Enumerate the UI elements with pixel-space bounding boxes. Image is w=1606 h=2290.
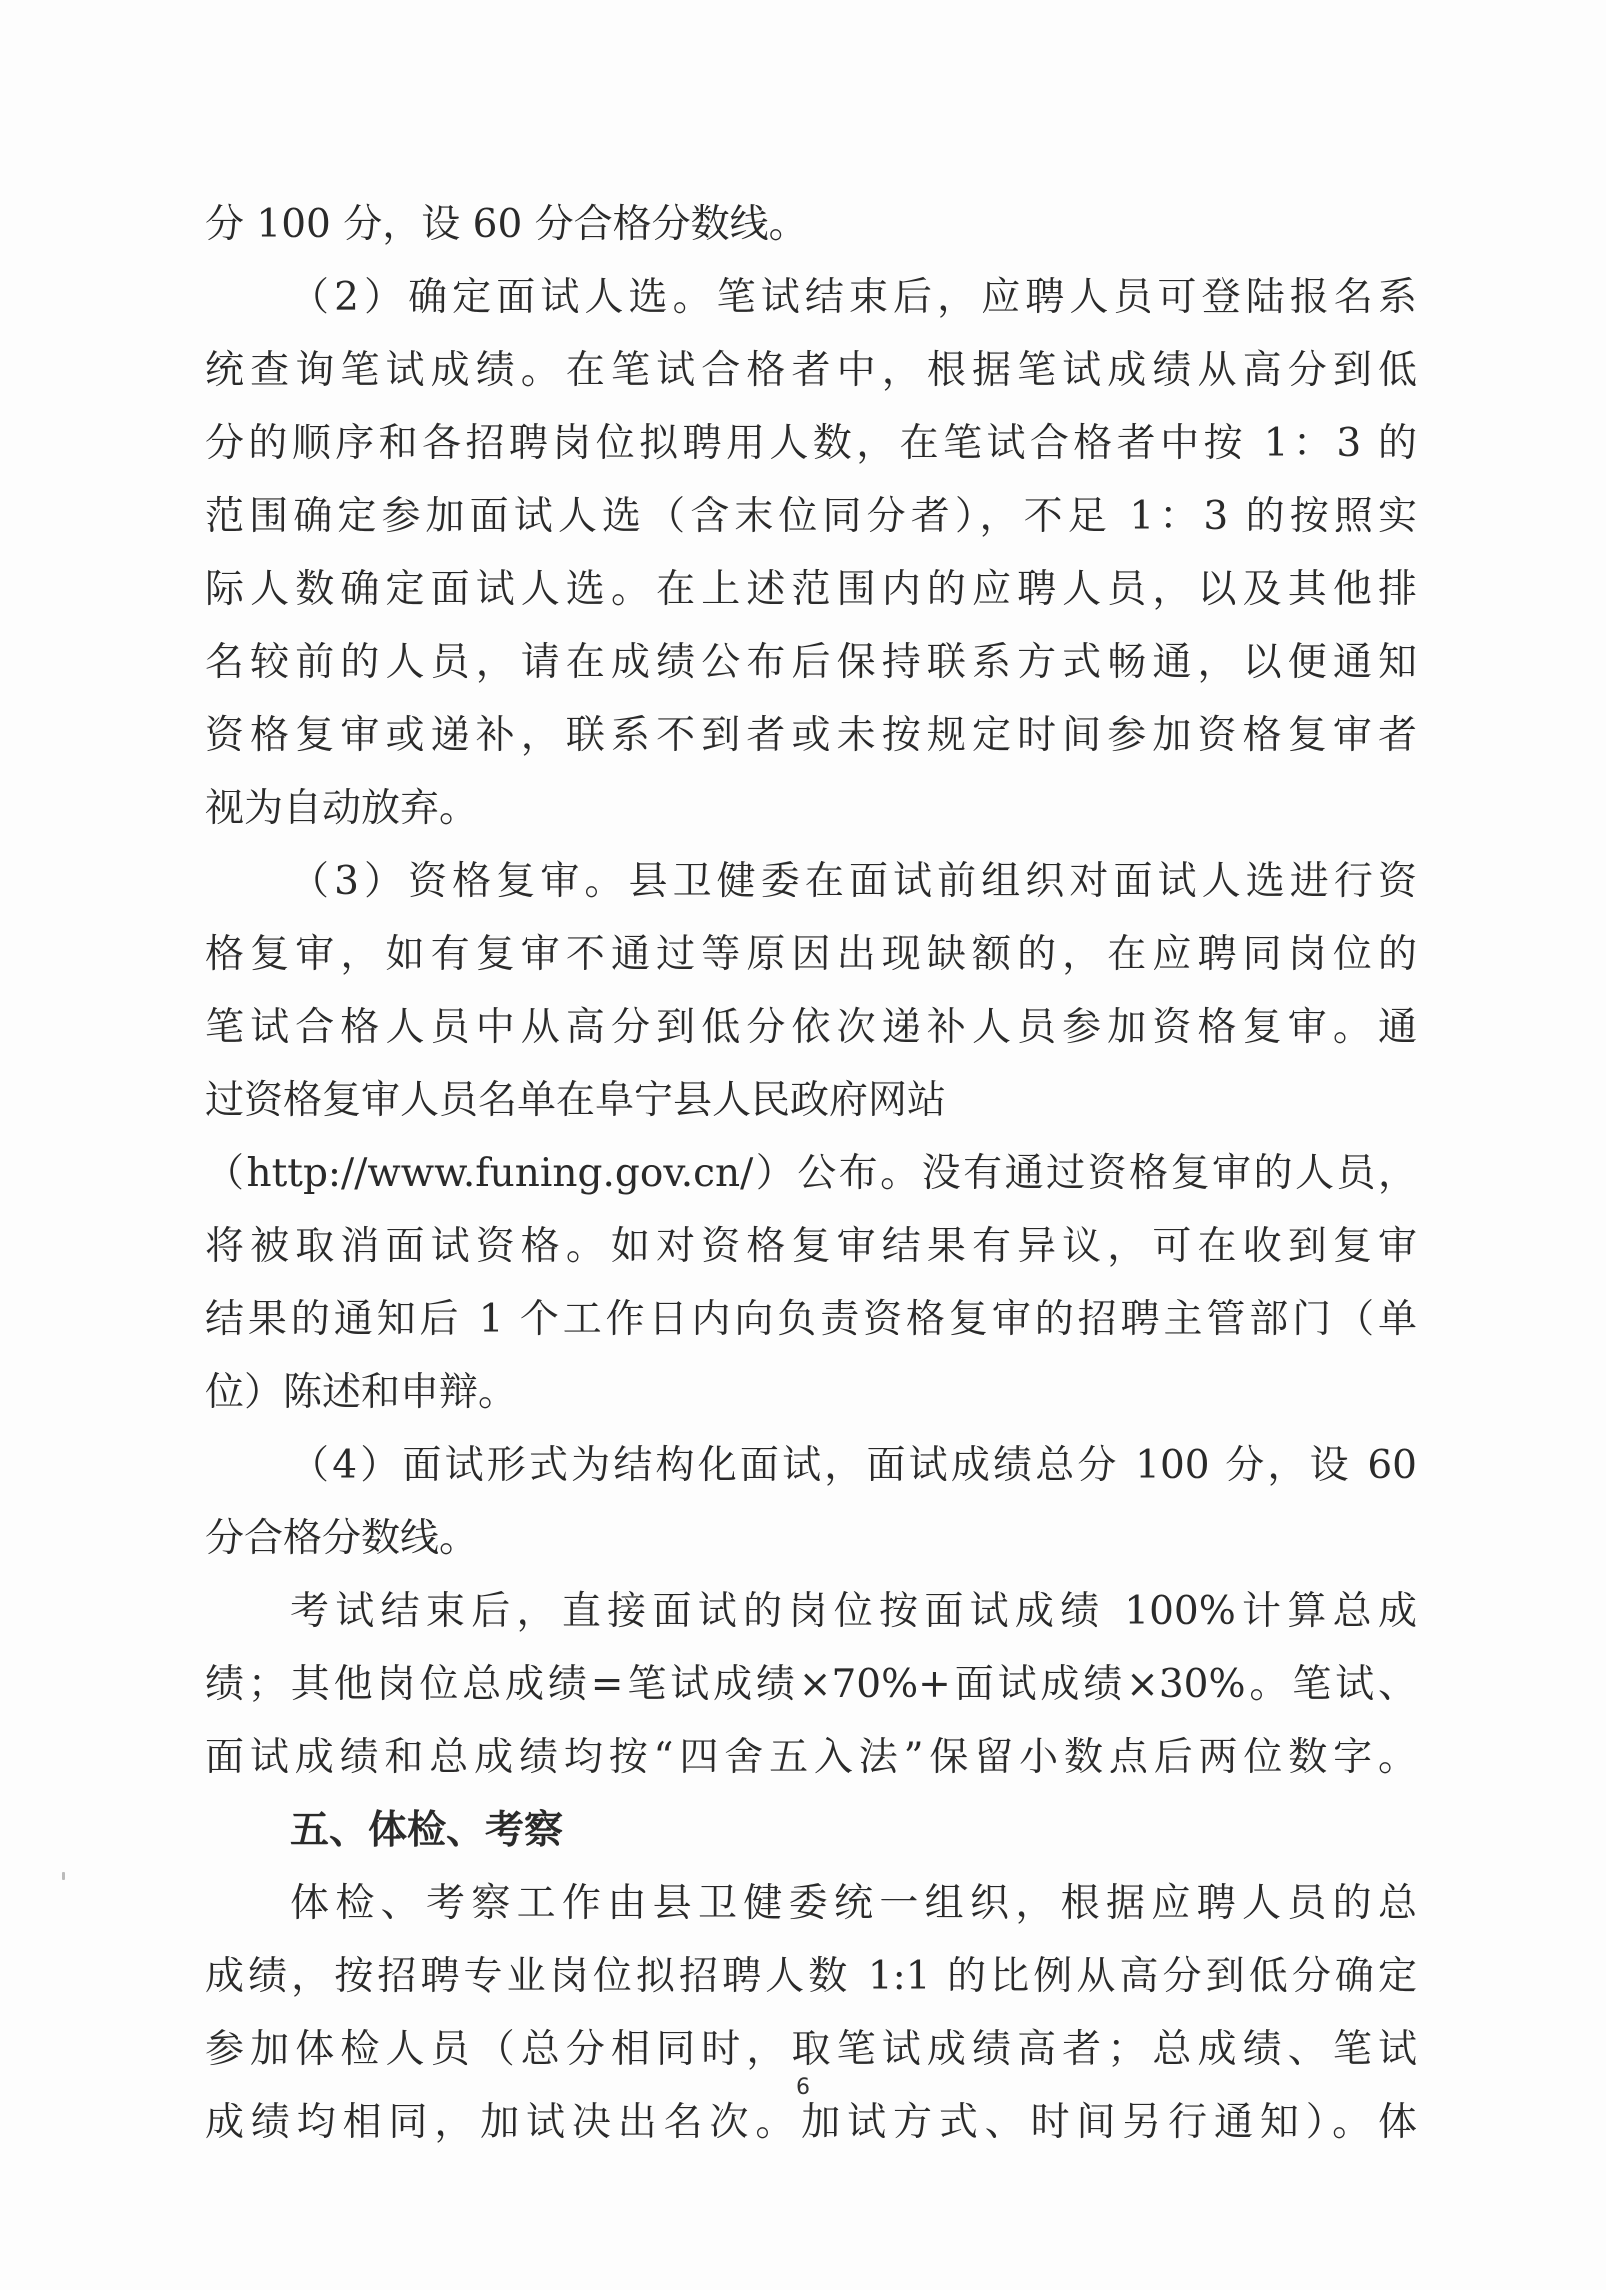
page-number: 6 [0,2075,1606,2100]
text-line: （2）确定面试人选。笔试结束后，应聘人员可登陆报名系 [290,268,1417,328]
text-line: 将被取消面试资格。如对资格复审结果有异议，可在收到复审 [205,1217,1417,1277]
text-line: 名较前的人员，请在成绩公布后保持联系方式畅通，以便通知 [205,633,1417,693]
text-line: （3）资格复审。县卫健委在面试前组织对面试人选进行资 [290,852,1417,912]
text-line: 过资格复审人员名单在阜宁县人民政府网站 [205,1071,1417,1131]
text-line: 资格复审或递补，联系不到者或未按规定时间参加资格复审者 [205,706,1417,766]
section-heading: 五、体检、考察 [290,1801,1417,1861]
text-line: 位）陈述和申辩。 [205,1363,1417,1423]
text-line: 考试结束后，直接面试的岗位按面试成绩 100%计算总成 [290,1582,1417,1642]
text-line: 分的顺序和各招聘岗位拟聘用人数，在笔试合格者中按 1：3 的 [205,414,1417,474]
text-line: 绩；其他岗位总成绩=笔试成绩×70%+面试成绩×30%。笔试、 [205,1655,1417,1715]
text-line: 成绩均相同，加试决出名次。加试方式、时间另行通知）。体 [205,2093,1417,2153]
text-line: 成绩，按招聘专业岗位拟招聘人数 1:1 的比例从高分到低分确定 [205,1947,1417,2007]
text-line: 格复审，如有复审不通过等原因出现缺额的，在应聘同岗位的 [205,925,1417,985]
text-line: 统查询笔试成绩。在笔试合格者中，根据笔试成绩从高分到低 [205,341,1417,401]
text-line: （4）面试形式为结构化面试，面试成绩总分 100 分，设 60 [290,1436,1417,1496]
document-page: 分 100 分，设 60 分合格分数线。 （2）确定面试人选。笔试结束后，应聘人… [0,0,1606,2290]
text-line: 范围确定参加面试人选（含末位同分者），不足 1：3 的按照实 [205,487,1417,547]
text-line: 分 100 分，设 60 分合格分数线。 [205,195,1417,255]
text-line: 体检、考察工作由县卫健委统一组织，根据应聘人员的总 [290,1874,1417,1934]
text-line-url: （http://www.funing.gov.cn/）公布。没有通过资格复审的人… [205,1144,1417,1204]
text-line: 结果的通知后 1 个工作日内向负责资格复审的招聘主管部门（单 [205,1290,1417,1350]
text-line: 笔试合格人员中从高分到低分依次递补人员参加资格复审。通 [205,998,1417,1058]
text-line: 际人数确定面试人选。在上述范围内的应聘人员，以及其他排 [205,560,1417,620]
text-line: 面试成绩和总成绩均按“四舍五入法”保留小数点后两位数字。 [205,1728,1417,1788]
text-line: 视为自动放弃。 [205,779,1417,839]
text-line: 分合格分数线。 [205,1509,1417,1569]
text-line: 参加体检人员（总分相同时，取笔试成绩高者；总成绩、笔试 [205,2020,1417,2080]
scan-speck [62,1872,65,1880]
